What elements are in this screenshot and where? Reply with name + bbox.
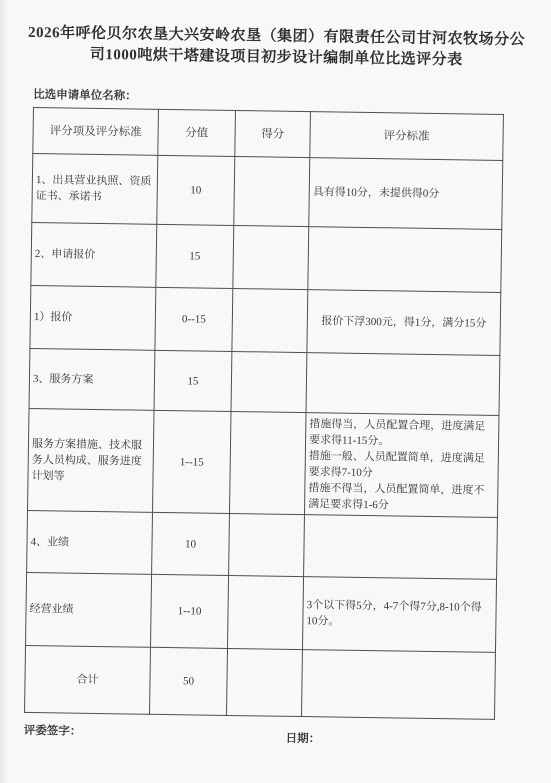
- max-score-cell: 15: [154, 350, 232, 411]
- awarded-score-cell: [229, 411, 306, 514]
- scoring-standard-cell: 报价下浮300元，得1分，满分15分: [307, 290, 501, 356]
- awarded-score-cell: [232, 288, 308, 352]
- table-row: 4、业绩 10: [27, 510, 498, 579]
- table-row: 经营业绩 1--10 3个以下得5分，4-7个得7分,8-10个得10分。: [26, 572, 497, 652]
- scoring-standard-cell: [308, 227, 502, 293]
- table-row: 2、申请报价 15: [31, 222, 502, 292]
- max-score-cell: 1--10: [150, 574, 228, 648]
- max-score-cell: 0--15: [155, 287, 233, 351]
- col-header-scoring-item: 评分项及评分标准: [33, 108, 159, 156]
- col-header-awarded-score: 得分: [235, 111, 311, 158]
- table-row-total: 合计 50: [25, 645, 496, 719]
- table-row: 1、出具营业执照、资质证书、承诺书 10 具有得10分，未提供得0分: [32, 154, 503, 230]
- score-table: 评分项及评分标准 分值 得分 评分标准 1、出具营业执照、资质证书、承诺书 10…: [24, 107, 504, 720]
- scoring-item-cell: 经营业绩: [26, 572, 152, 647]
- scoring-item-cell: 1、出具营业执照、资质证书、承诺书: [32, 154, 158, 225]
- awarded-score-cell: [231, 351, 307, 412]
- table-row: 服务方案措施、技术服务人员构成、服务进度计划等 1--15 措施得当，人员配置合…: [28, 408, 499, 517]
- scoring-item-cell: 3、服务方案: [29, 348, 155, 410]
- date-label: 日期：: [286, 730, 321, 747]
- table-row: 3、服务方案 15: [29, 348, 500, 415]
- scoring-standard-cell: [301, 650, 495, 720]
- scoring-item-cell: 4、业绩: [27, 510, 153, 574]
- awarded-score-cell: [227, 575, 303, 649]
- scoring-item-cell: 2、申请报价: [31, 222, 157, 287]
- awarded-score-cell: [234, 156, 310, 226]
- table-header-row: 评分项及评分标准 分值 得分 评分标准: [33, 108, 504, 161]
- max-score-cell: 50: [150, 647, 228, 715]
- total-label-cell: 合计: [25, 645, 151, 714]
- col-header-scoring-standard: 评分标准: [310, 112, 504, 161]
- awarded-score-cell: [229, 513, 305, 576]
- scanned-document-page: 2026年呼伦贝尔农垦大兴安岭农垦（集团）有限责任公司甘河农牧场分公 司1000…: [0, 0, 551, 783]
- document-title: 2026年呼伦贝尔农垦大兴安岭农垦（集团）有限责任公司甘河农牧场分公 司1000…: [1, 23, 551, 73]
- scoring-standard-cell: 具有得10分，未提供得0分: [309, 158, 503, 230]
- scoring-standard-cell: [304, 515, 498, 580]
- scoring-standard-cell: 措施得当，人员配置合理，进度满足要求得11-15分。 措施一般、人员配置简单，进…: [304, 413, 498, 518]
- awarded-score-cell: [233, 225, 309, 289]
- max-score-cell: 1--15: [153, 410, 232, 513]
- max-score-cell: 15: [156, 224, 234, 288]
- judge-signature-label: 评委签字：: [24, 722, 82, 739]
- col-header-max-score: 分值: [158, 109, 236, 156]
- table-row: 1）报价 0--15 报价下浮300元，得1分，满分15分: [30, 285, 501, 355]
- max-score-cell: 10: [157, 155, 235, 225]
- scoring-standard-cell: 3个以下得5分，4-7个得7分,8-10个得10分。: [302, 577, 496, 653]
- applicant-name-label: 比选申请单位名称：: [33, 86, 137, 104]
- scoring-standard-cell: [306, 353, 500, 416]
- max-score-cell: 10: [152, 512, 230, 575]
- awarded-score-cell: [226, 648, 302, 716]
- scoring-item-cell: 1）报价: [30, 285, 156, 350]
- document-sheet: 2026年呼伦贝尔农垦大兴安岭农垦（集团）有限责任公司甘河农牧场分公 司1000…: [0, 0, 551, 783]
- scoring-item-cell: 服务方案措施、技术服务人员构成、服务进度计划等: [28, 408, 154, 512]
